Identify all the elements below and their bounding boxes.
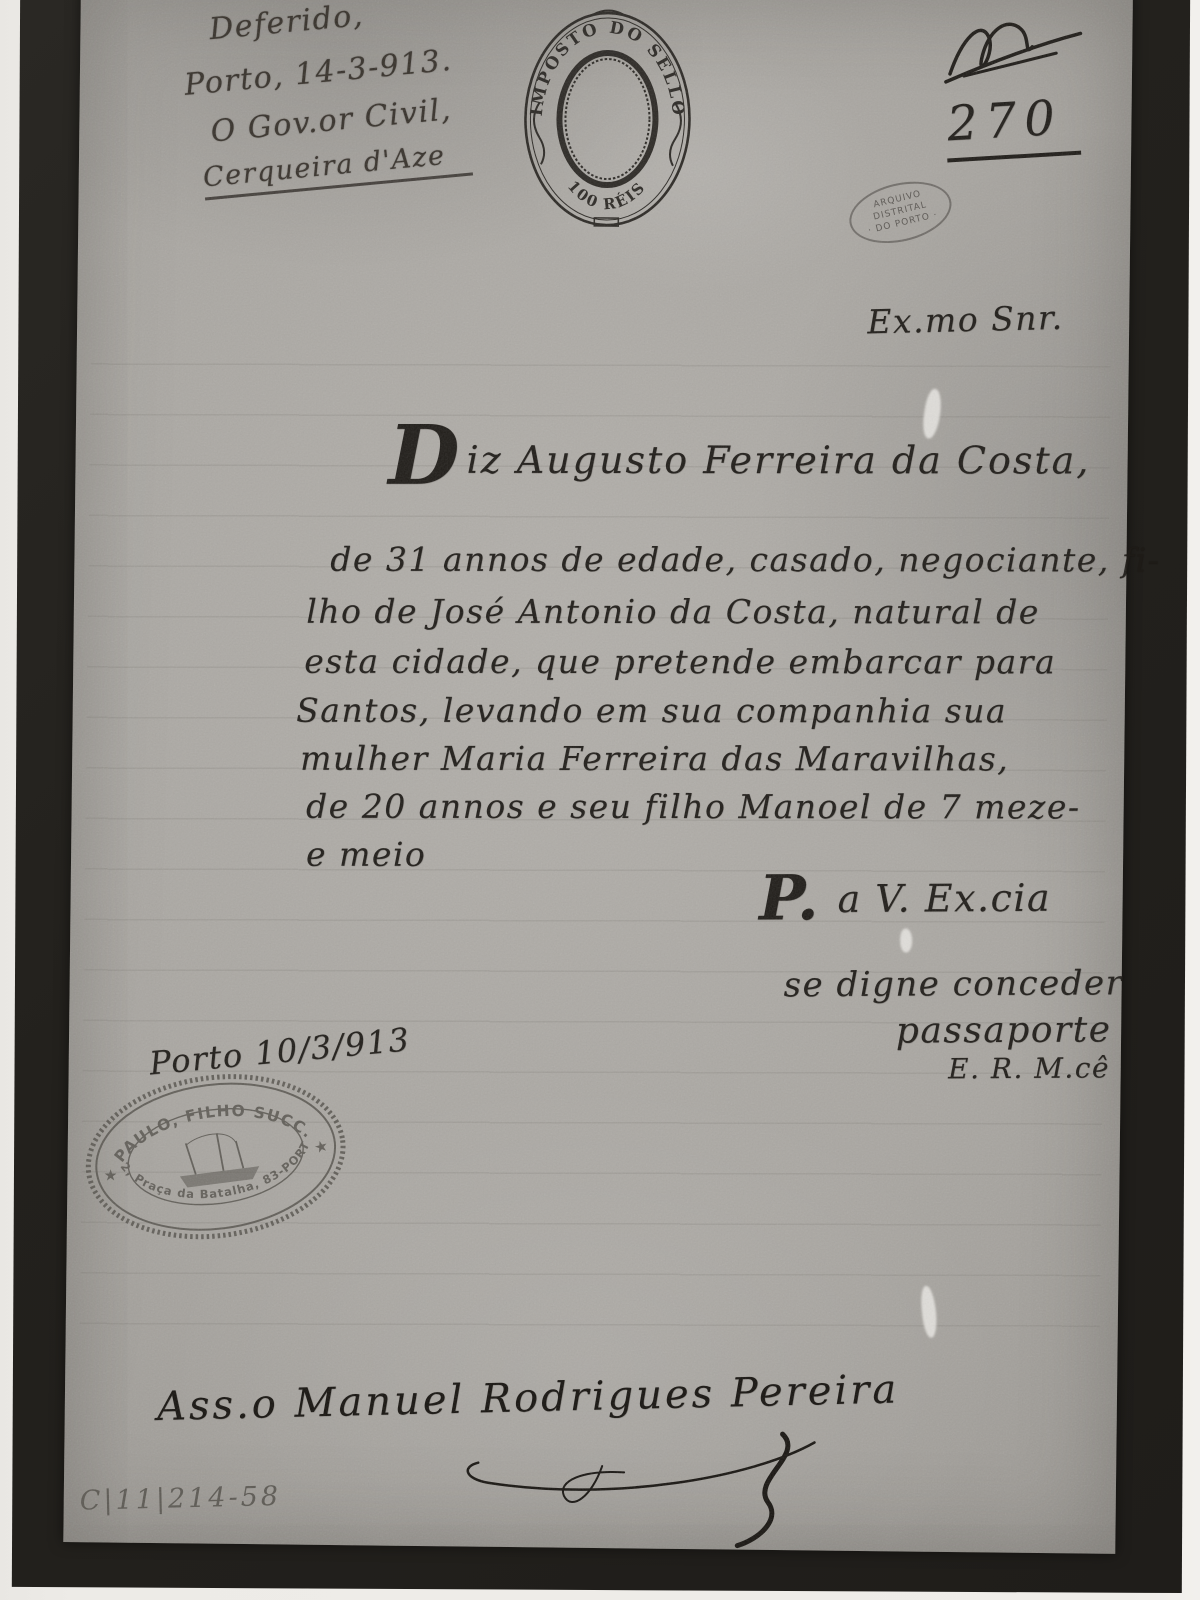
petition-line: mulher Maria Ferreira das Maravilhas, — [300, 739, 1009, 779]
petition-line: Diz Augusto Ferreira da Costa, — [388, 438, 1090, 483]
petition-line: Santos, levando em sua companhia sua — [296, 691, 1007, 731]
paper-damage-mark — [900, 928, 912, 952]
petition-body: Diz Augusto Ferreira da Costa, de 31 ann… — [71, 0, 1124, 1548]
closing-formula: P. a V. Ex.cia se digne conceder passapo… — [759, 875, 1180, 1108]
photograph-background: Deferido, Porto, 14-3-913. O Gov.or Civi… — [0, 0, 1200, 1600]
petition-line: esta cidade, que pretende embarcar para — [304, 642, 1056, 682]
closing-line: P. a V. Ex.cia — [759, 876, 1051, 922]
petition-line: lho de José Antonio da Costa, natural de — [306, 592, 1040, 632]
document-paper: Deferido, Porto, 14-3-913. O Gov.or Civi… — [63, 0, 1133, 1554]
closing-line: E. R. M.cê — [948, 1051, 1110, 1085]
closing-line: se digne conceder — [783, 963, 1123, 1005]
petition-line: de 20 annos e seu filho Manoel de 7 meze… — [306, 787, 1080, 827]
closing-line: passaporte — [896, 1009, 1112, 1051]
petition-line: de 31 annos de edade, casado, negociante… — [330, 540, 1160, 580]
petition-line: e meio — [306, 835, 426, 874]
archive-reference: C|11|214-58 — [79, 1481, 281, 1517]
black-mat: Deferido, Porto, 14-3-913. O Gov.or Civi… — [12, 0, 1190, 1593]
